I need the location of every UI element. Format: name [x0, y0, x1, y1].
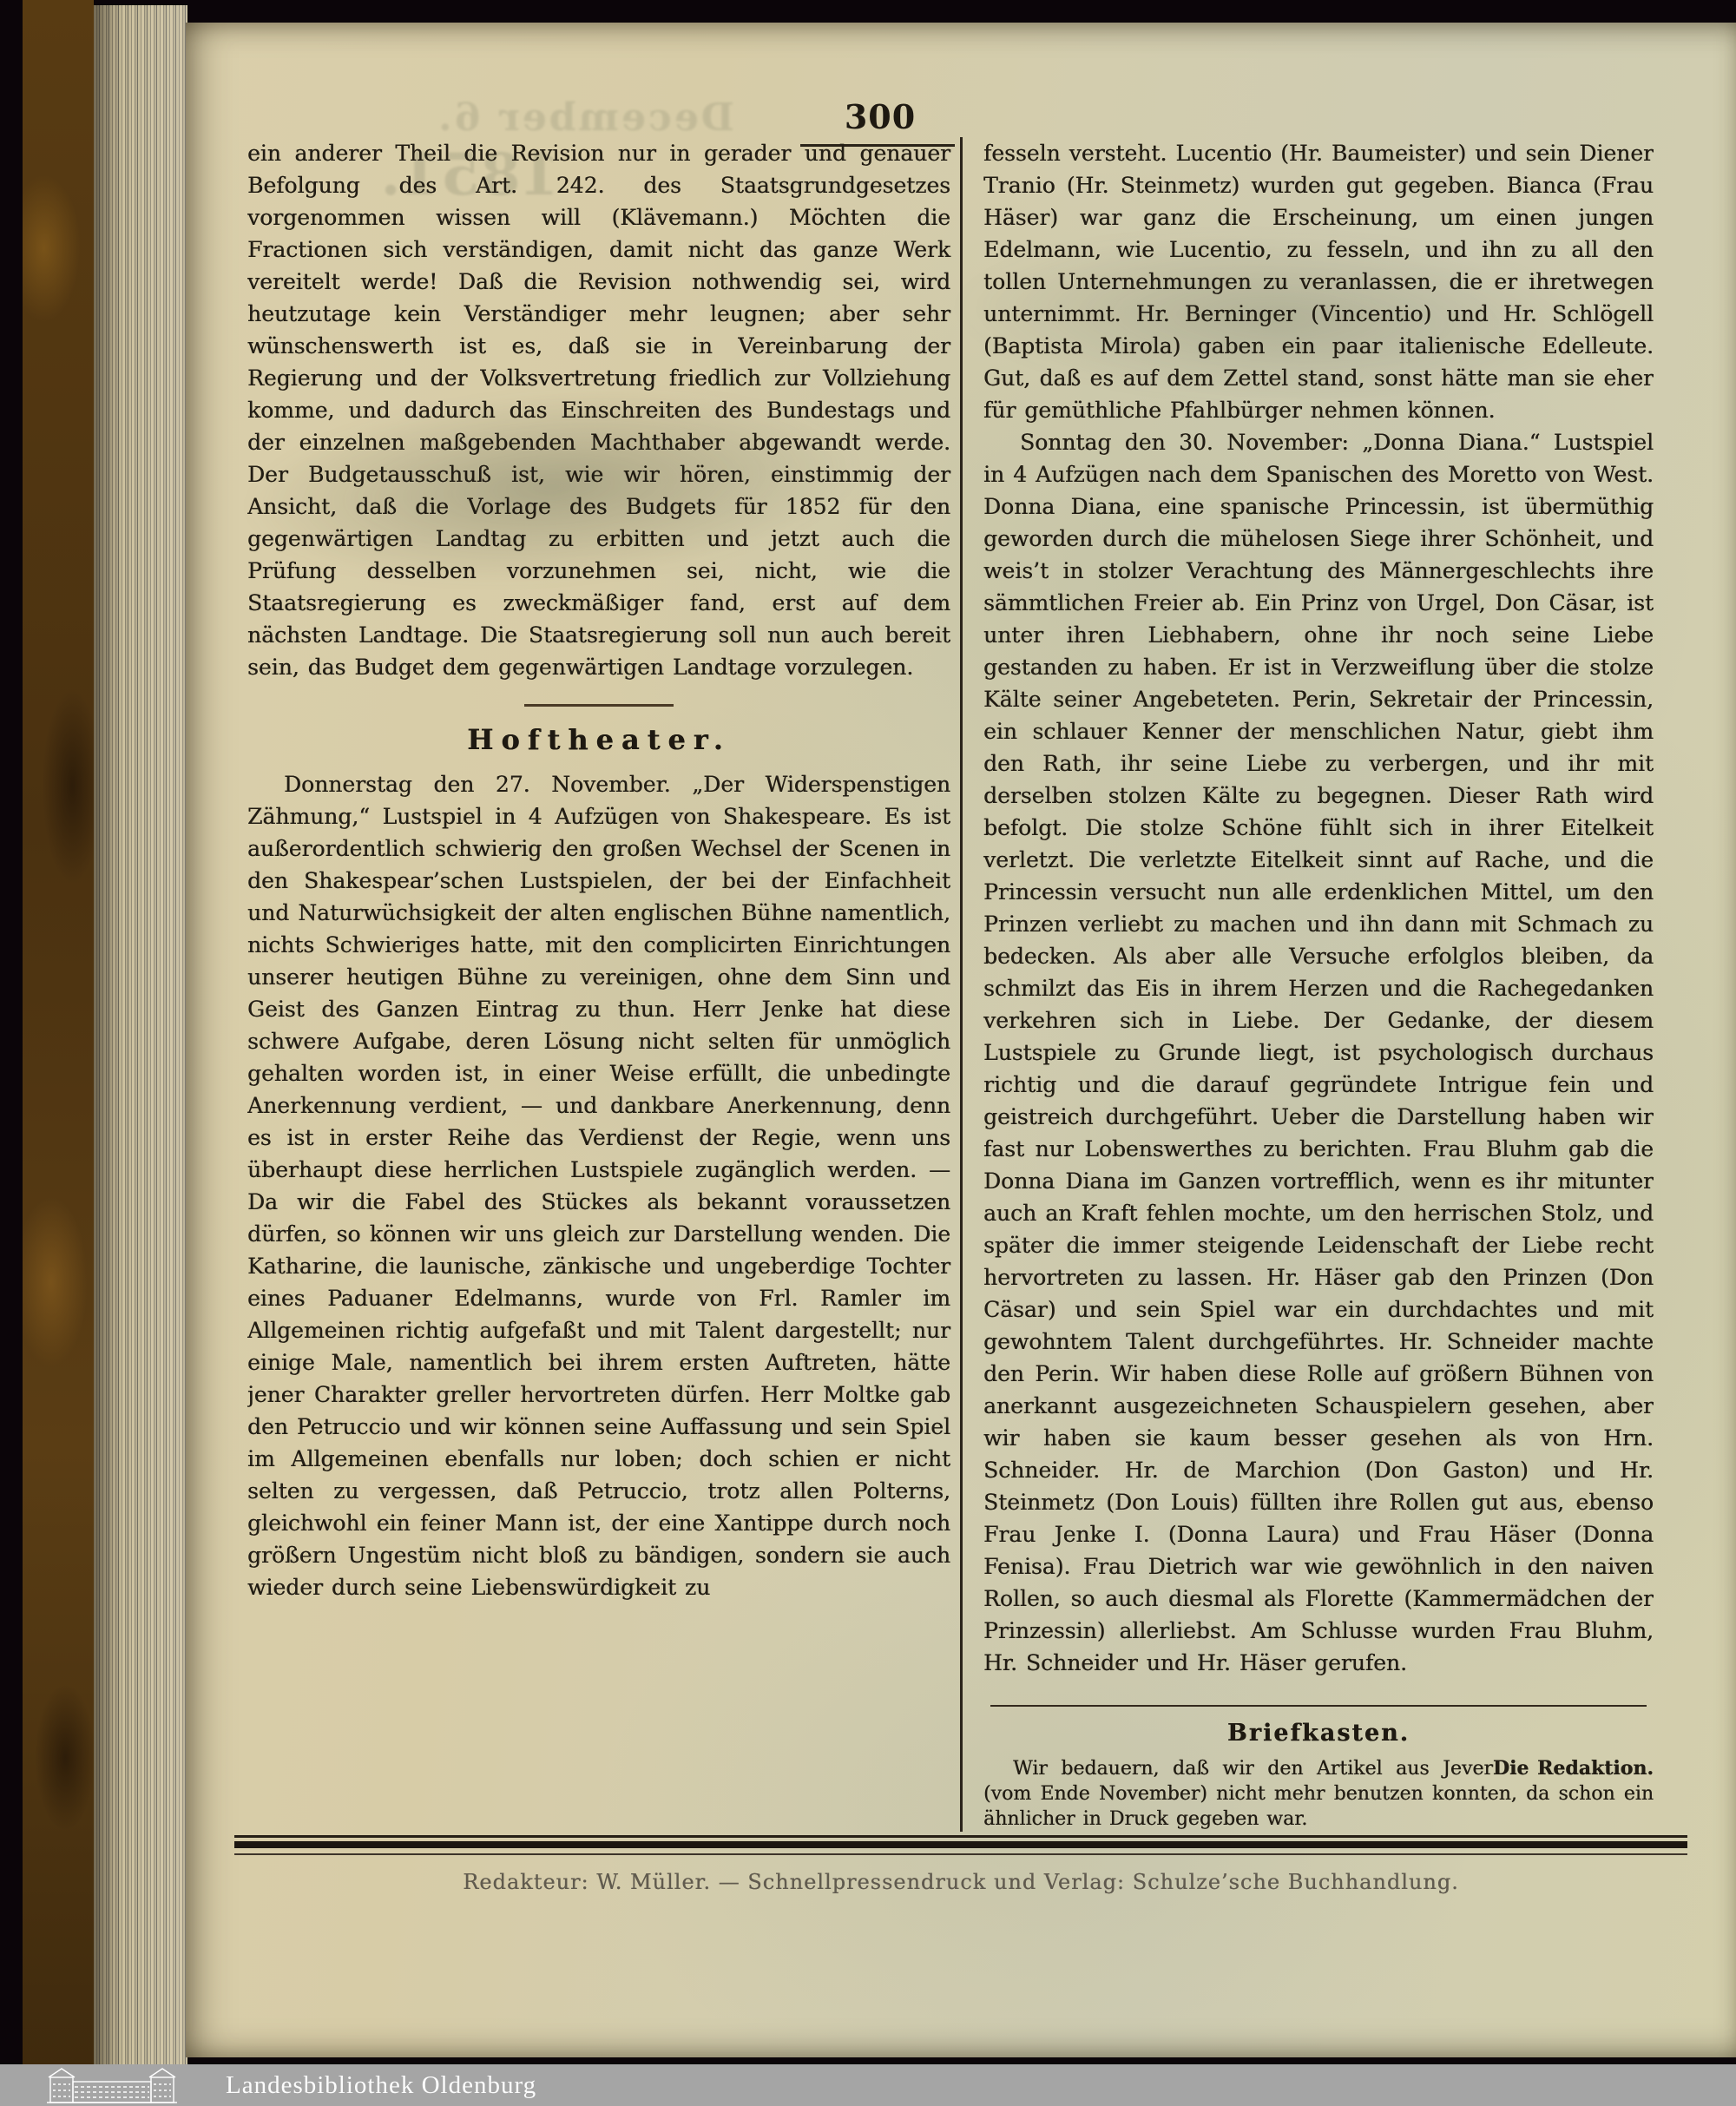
library-watermark-bar: Landesbibliothek Oldenburg: [0, 2064, 1736, 2106]
scanned-book-viewer: December 6. 1851. 300 ein anderer Theil …: [0, 0, 1736, 2106]
bleedthrough-date-text: December 6.: [307, 95, 863, 140]
text-columns: ein anderer Theil die Revision nur in ge…: [247, 137, 1654, 1832]
paragraph-widerspenstigen-zaehmung: Donnerstag den 27. November. „Der Widers…: [247, 768, 950, 1603]
paragraph-landtag-revision: ein anderer Theil die Revision nur in ge…: [247, 137, 950, 683]
page-number: 300: [830, 97, 930, 136]
redaktion-signature: Die Redaktion.: [1493, 1756, 1654, 1781]
column-right: fesseln versteht. Lucentio (Hr. Baumeist…: [983, 137, 1654, 1832]
hoftheater-heading: Hoftheater.: [247, 724, 950, 756]
column-divider-rule: [960, 137, 963, 1832]
imprint-line: Redakteur: W. Müller. — Schnellpressendr…: [186, 1870, 1736, 1894]
paragraph-donna-diana: Sonntag den 30. November: „Donna Diana.“…: [983, 426, 1654, 1679]
library-label: Landesbibliothek Oldenburg: [226, 2071, 536, 2100]
briefkasten-heading: Briefkasten.: [983, 1717, 1654, 1749]
section-rule: [524, 704, 674, 707]
briefkasten-body: Die Redaktion. Wir bedauern, daß wir den…: [983, 1756, 1654, 1832]
column-left: ein anderer Theil die Revision nur in ge…: [247, 137, 950, 1832]
scanned-page: December 6. 1851. 300 ein anderer Theil …: [186, 23, 1736, 2057]
paragraph-review-continuation: fesseln versteht. Lucentio (Hr. Baumeist…: [983, 137, 1654, 426]
briefkasten-rule: [990, 1705, 1647, 1707]
page-stack-edge: [94, 5, 187, 2064]
bottom-double-rule: [234, 1835, 1687, 1855]
book-cover-edge: [23, 0, 94, 2068]
library-building-icon: [47, 2067, 177, 2103]
